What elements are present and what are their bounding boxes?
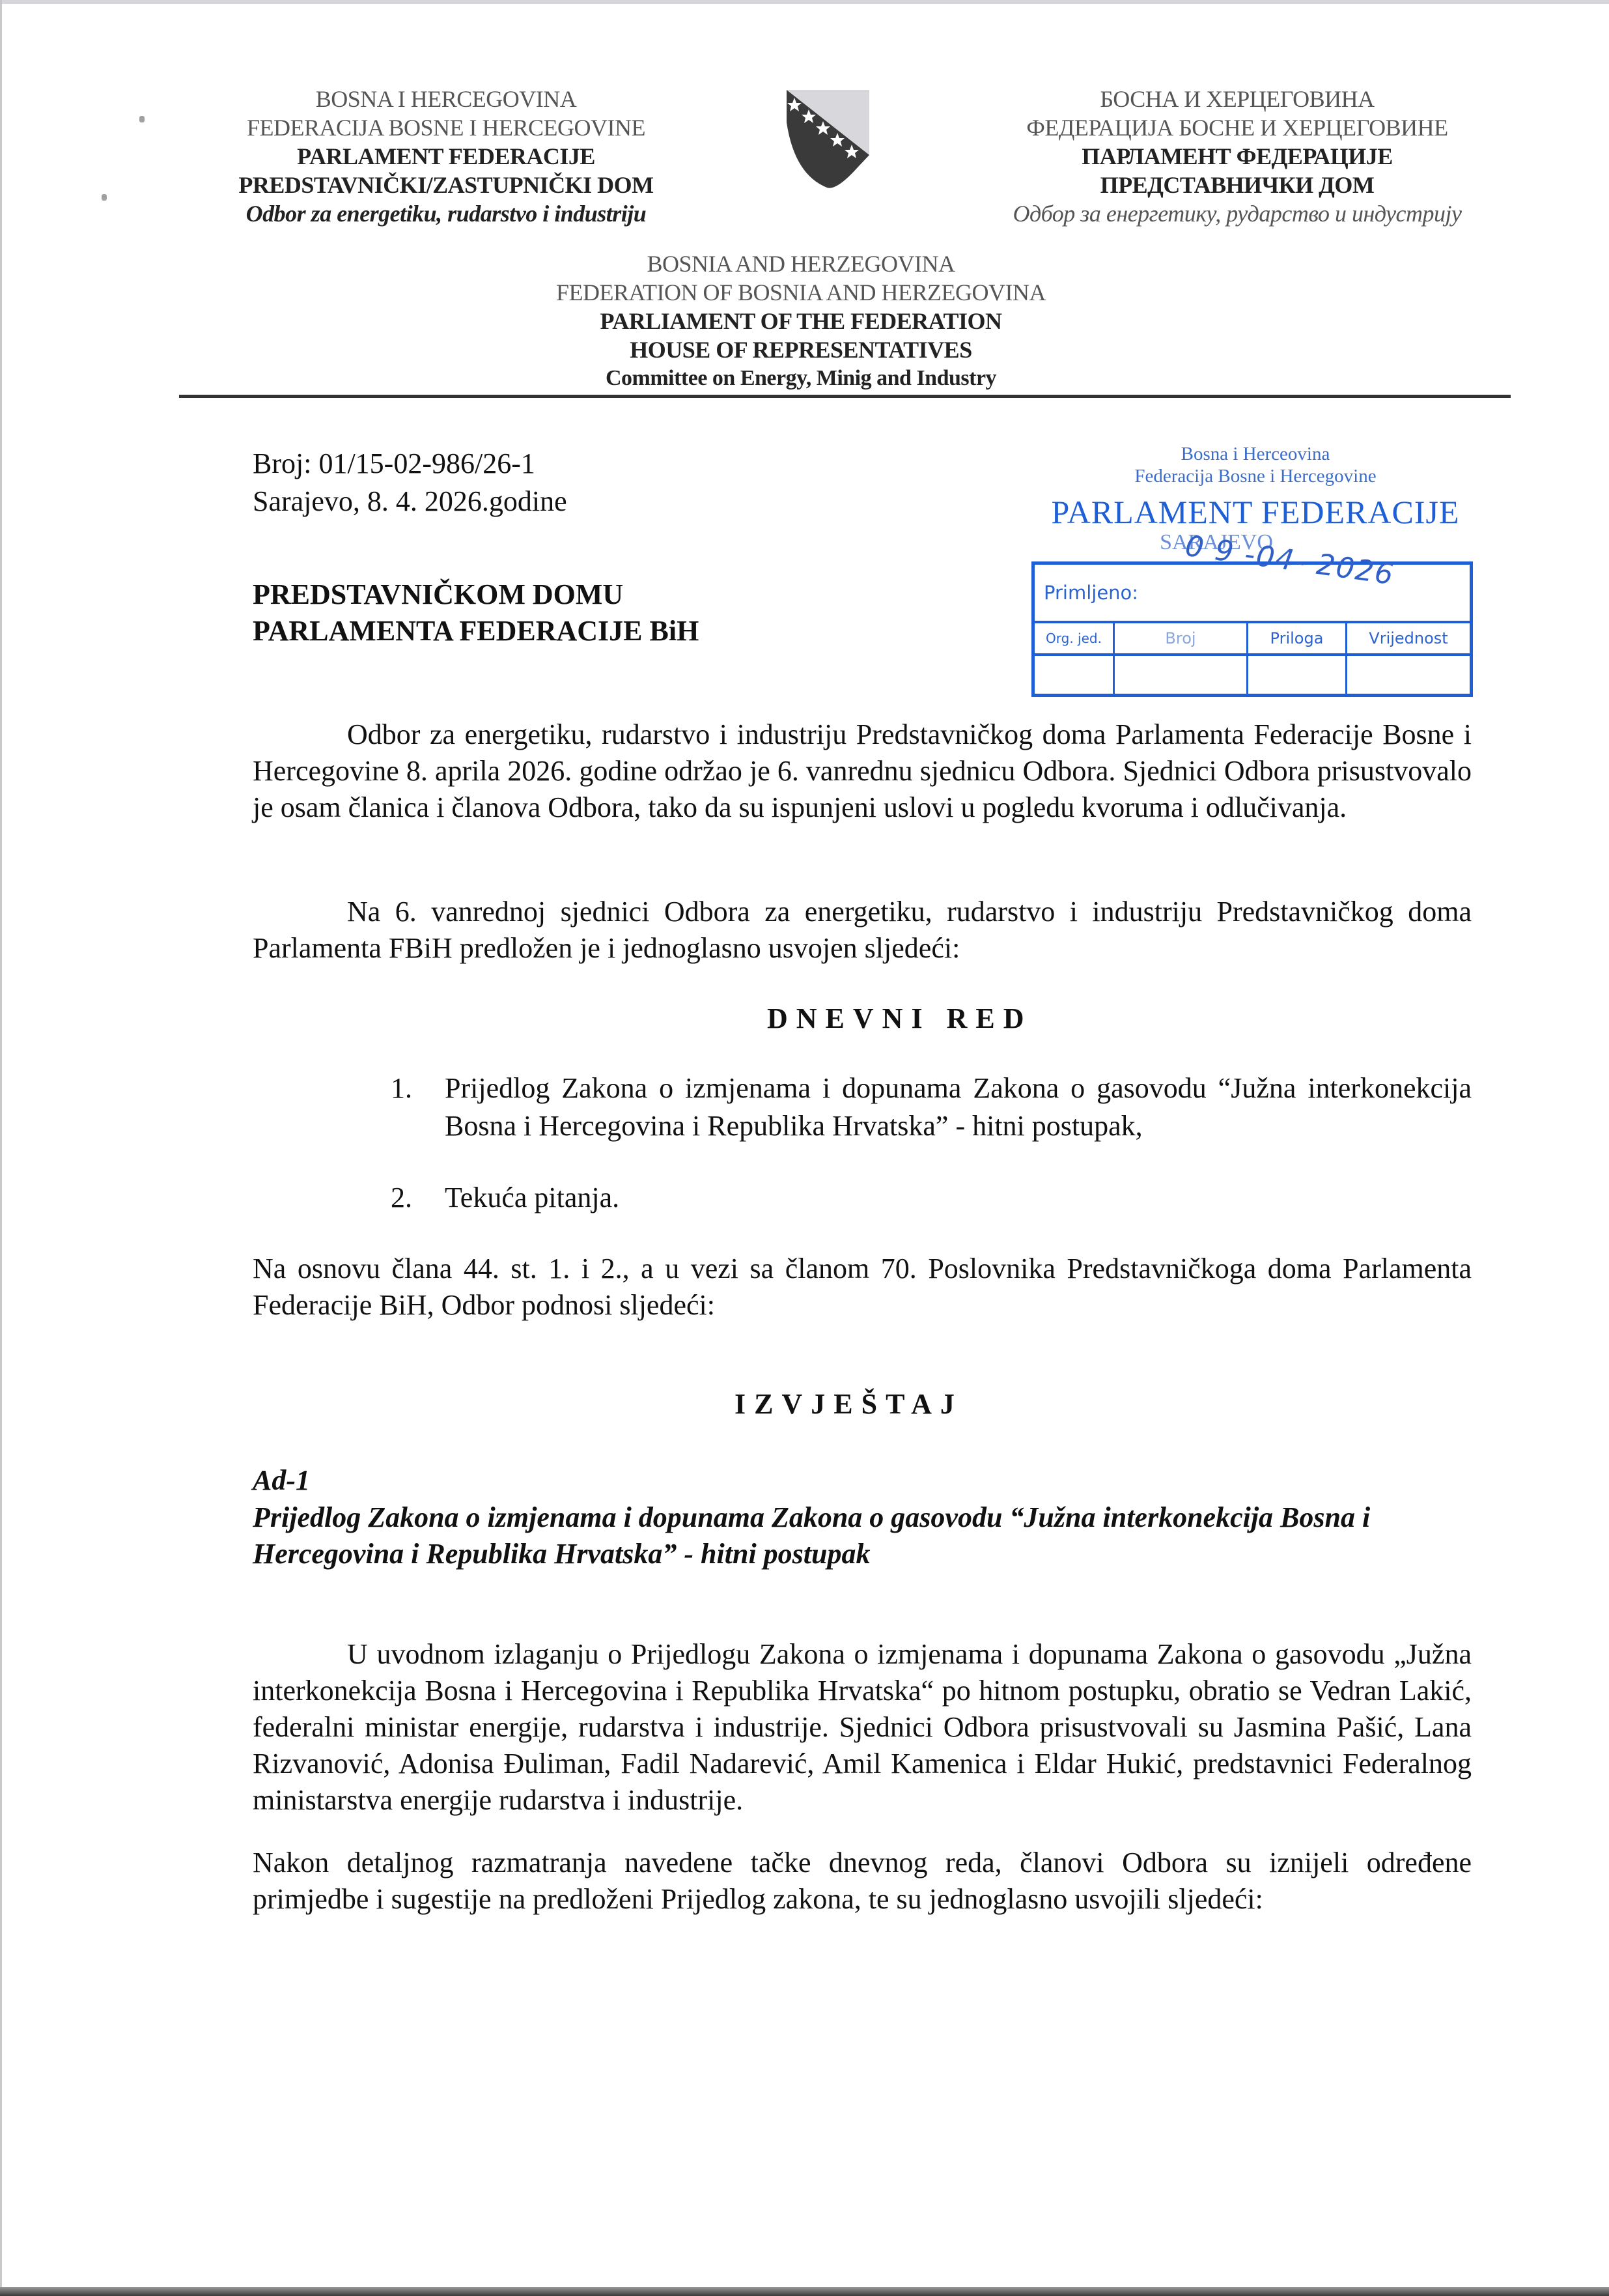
stamp-grid: Org. jed. Broj Priloga Vrijednost (1035, 623, 1470, 697)
paragraph-text: U uvodnom izlaganju o Prijedlogu Zakona … (253, 1638, 1472, 1816)
header-house: PREDSTAVNIČKI/ZASTUPNIČKI DOM (153, 171, 739, 199)
report-heading: IZVJEŠTAJ (735, 1387, 963, 1421)
agenda-point-label: Ad-1 (253, 1462, 1472, 1499)
stamp-line-3: PARLAMENT FEDERACIJE (1028, 492, 1483, 531)
scan-edge-top (0, 0, 1609, 4)
stamp-cell (1347, 656, 1470, 697)
scan-speck (139, 116, 145, 122)
header-committee-cyr: Одбор за енергетику, рударство и индустр… (912, 199, 1563, 228)
header-federation-en: FEDERATION OF BOSNIA AND HERZEGOVINA (378, 278, 1224, 307)
stamp-received-label: Primljeno: (1044, 582, 1138, 604)
stamp-col-attachments: Priloga (1248, 623, 1347, 697)
stamp-col-header: Broj (1115, 623, 1246, 656)
header-federation: FEDERACIJA BOSNE I HERCEGOVINE (153, 113, 739, 142)
paragraph-legal-basis: Na osnovu člana 44. st. 1. i 2., a u vez… (253, 1251, 1472, 1324)
stamp-cell (1248, 656, 1345, 697)
stamp-line-1: Bosna i Herceovina (1028, 443, 1483, 465)
agenda-item-1: 1. Prijedlog Zakona o izmjenama i dopuna… (391, 1070, 1472, 1145)
stamp-col-header: Vrijednost (1347, 623, 1470, 656)
paragraph-text: Na osnovu člana 44. st. 1. i 2., a u vez… (253, 1253, 1472, 1321)
paragraph-conclusion: Nakon detaljnog razmatranja navedene tač… (253, 1845, 1472, 1918)
agenda-item-number: 1. (391, 1070, 412, 1107)
document-meta: Broj: 01/15-02-986/26-1 Sarajevo, 8. 4. … (253, 445, 567, 520)
header-federation-cyr: ФЕДЕРАЦИЈА БОСНЕ И ХЕРЦЕГОВИНЕ (912, 113, 1563, 142)
header-country-en: BOSNIA AND HERZEGOVINA (378, 249, 1224, 278)
stamp-col-header: Org. jed. (1035, 623, 1113, 656)
header-center-english: BOSNIA AND HERZEGOVINA FEDERATION OF BOS… (378, 249, 1224, 393)
header-committee: Odbor za energetiku, rudarstvo i industr… (153, 199, 739, 228)
document-number: Broj: 01/15-02-986/26-1 (253, 445, 567, 483)
scan-edge-bottom (0, 2287, 1609, 2296)
header-country-cyr: БОСНА И ХЕРЦЕГОВИНА (912, 85, 1563, 113)
stamp-col-number: Broj (1115, 623, 1248, 697)
document-place-date: Sarajevo, 8. 4. 2026.godine (253, 483, 567, 520)
header-parliament: PARLAMENT FEDERACIJE (153, 142, 739, 171)
paragraph-text: Na 6. vanrednoj sjednici Odbora za energ… (253, 896, 1472, 964)
header-parliament-cyr: ПАРЛАМЕНТ ФЕДЕРАЦИЈЕ (912, 142, 1563, 171)
header-committee-en: Committee on Energy, Minig and Industry (378, 364, 1224, 393)
recipient: PREDSTAVNIČKOM DOMU PARLAMENTA FEDERACIJ… (253, 576, 699, 649)
paragraph-session-info: Odbor za energetiku, rudarstvo i industr… (253, 716, 1472, 826)
header-house-cyr: ПРЕДСТАВНИЧКИ ДОМ (912, 171, 1563, 199)
agenda-item-text: Tekuća pitanja. (445, 1179, 1472, 1217)
received-stamp-box: Primljeno: 0 9 -04- 2026 Org. jed. Broj … (1031, 561, 1473, 697)
paragraph-text: Nakon detaljnog razmatranja navedene tač… (253, 1847, 1472, 1915)
header-divider (179, 395, 1511, 398)
scan-speck (102, 194, 107, 201)
stamp-col-header: Priloga (1248, 623, 1345, 656)
header-left-latin: BOSNA I HERCEGOVINA FEDERACIJA BOSNE I H… (153, 85, 739, 228)
agenda-item-2: 2. Tekuća pitanja. (391, 1179, 1472, 1217)
paragraph-text: Odbor za energetiku, rudarstvo i industr… (253, 718, 1472, 823)
agenda-item-number: 2. (391, 1179, 412, 1217)
stamp-cell (1035, 656, 1113, 697)
header-country: BOSNA I HERCEGOVINA (153, 85, 739, 113)
header-parliament-en: PARLIAMENT OF THE FEDERATION (378, 307, 1224, 335)
recipient-line-1: PREDSTAVNIČKOM DOMU (253, 576, 699, 613)
coat-of-arms-icon (775, 83, 873, 191)
stamp-line-2: Federacija Bosne i Hercegovine (1028, 465, 1483, 487)
received-stamp-header: Bosna i Herceovina Federacija Bosne i He… (1028, 443, 1483, 554)
agenda-item-text: Prijedlog Zakona o izmjenama i dopunama … (445, 1070, 1472, 1145)
stamp-col-org: Org. jed. (1035, 623, 1115, 697)
agenda-heading: DNEVNI RED (767, 1002, 1032, 1035)
agenda-point-title: Prijedlog Zakona o izmjenama i dopunama … (253, 1499, 1472, 1572)
recipient-line-2: PARLAMENTA FEDERACIJE BiH (253, 613, 699, 649)
stamp-col-value: Vrijednost (1347, 623, 1470, 697)
paragraph-agenda-intro: Na 6. vanrednoj sjednici Odbora za energ… (253, 894, 1472, 967)
stamp-cell (1115, 656, 1246, 697)
header-house-en: HOUSE OF REPRESENTATIVES (378, 335, 1224, 364)
paragraph-introductory-presentation: U uvodnom izlaganju o Prijedlogu Zakona … (253, 1636, 1472, 1819)
stamp-received-row: Primljeno: 0 9 -04- 2026 (1035, 565, 1470, 623)
header-right-cyrillic: БОСНА И ХЕРЦЕГОВИНА ФЕДЕРАЦИЈА БОСНЕ И Х… (912, 85, 1563, 228)
scan-edge-left (0, 0, 2, 2296)
